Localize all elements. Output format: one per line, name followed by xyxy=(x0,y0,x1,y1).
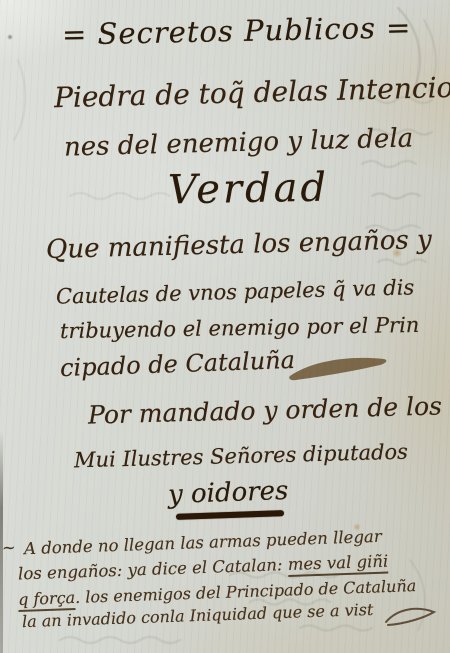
mandate-line-1: Por mandado y orden de los xyxy=(88,391,443,429)
footnote-line-2-text: los engaños: ya dice el Catalan: xyxy=(18,555,288,583)
terminal-swash-decoration xyxy=(384,604,440,628)
heading-line-3: Verdad xyxy=(168,165,330,214)
manuscript-page: = Secretos Publicos = Piedra de toq̃ del… xyxy=(0,0,450,653)
mandate-line-2: Mui Ilustres Señores diputados xyxy=(74,440,408,473)
footnote-line-3-underlined: q força xyxy=(18,588,76,612)
title-line: = Secretos Publicos = xyxy=(62,10,412,51)
heading-line-2: nes del enemigo y luz dela xyxy=(64,123,414,162)
underline-flourish xyxy=(176,510,284,520)
footnote-marker: ~ xyxy=(2,538,16,557)
subheading-line-2: Cautelas de vnos papeles q̃ va dis xyxy=(56,275,415,308)
ink-swash-decoration xyxy=(288,354,393,384)
subheading-line-4: cipado de Cataluña xyxy=(60,346,296,382)
heading-line-1: Piedra de toq̃ delas Intencio xyxy=(54,71,450,114)
subheading-line-1: Que manifiesta los engaños y xyxy=(46,225,432,265)
mandate-line-3: y oidores xyxy=(168,476,289,510)
footnote-line-2-underlined: mes val giñi xyxy=(287,552,388,577)
subheading-line-3: tribuyendo el enemigo por el Prin xyxy=(60,313,420,343)
